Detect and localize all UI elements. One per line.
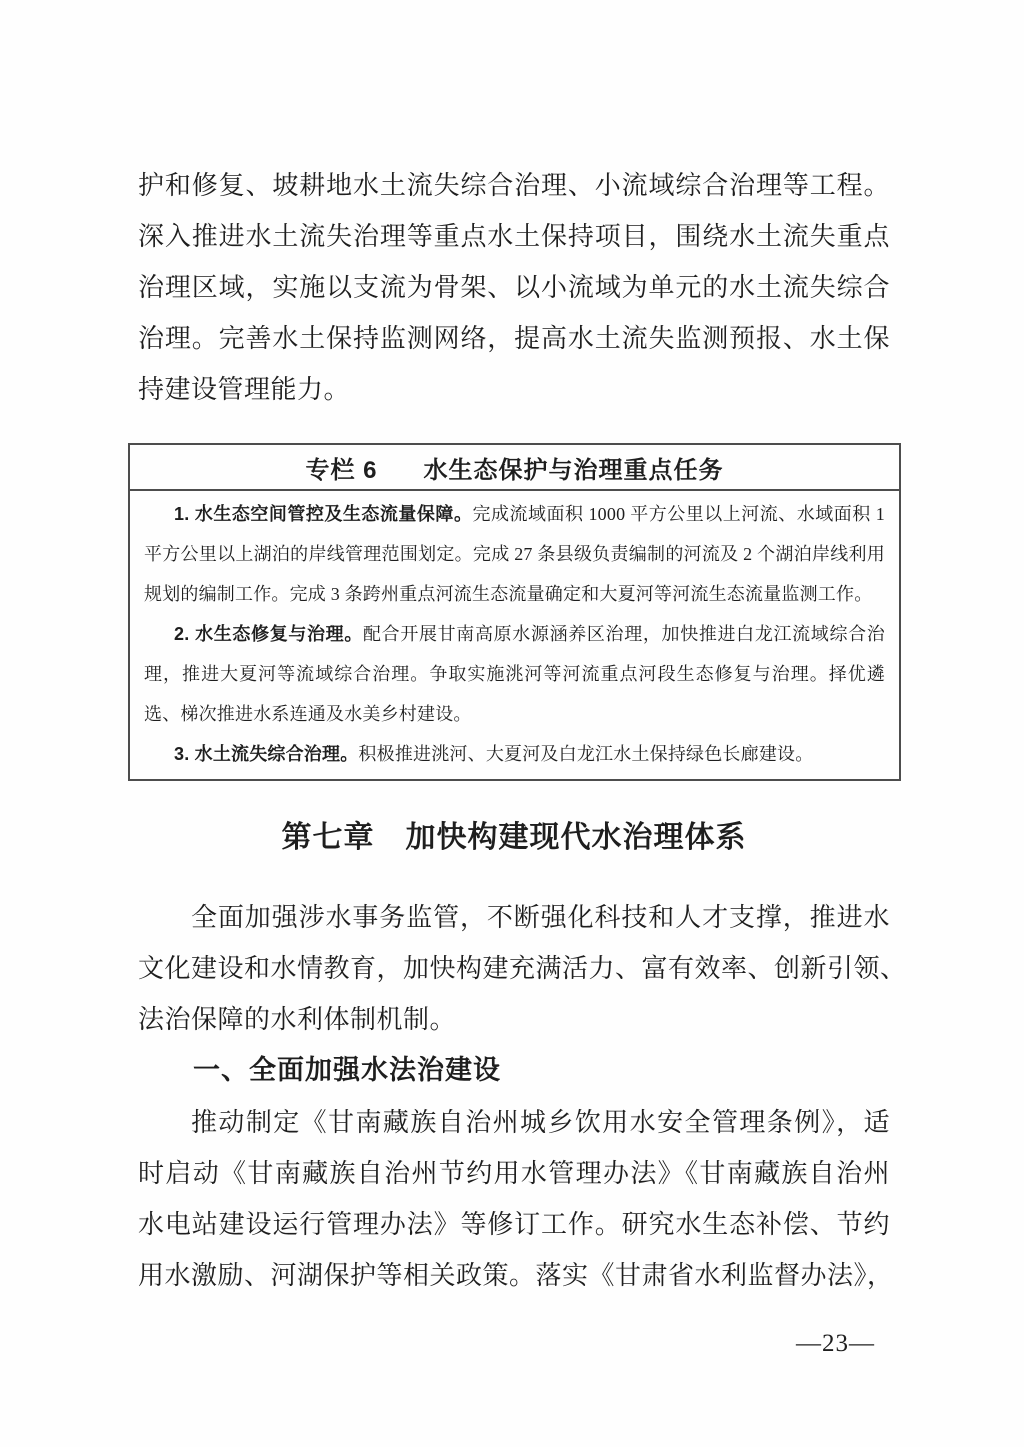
paragraph-line: 用水激励、河湖保护等相关政策。落实《甘肃省水利监督办法》，: [138, 1250, 890, 1301]
box-item-2: 2. 水生态修复与治理。配合开展甘南高原水源涵养区治理，加快推进白龙江流域综合治…: [144, 614, 885, 734]
box-item-3: 3. 水土流失综合治理。积极推进洮河、大夏河及白龙江水土保持绿色长廊建设。: [144, 734, 885, 774]
box-item-1: 1. 水生态空间管控及生态流量保障。完成流域面积 1000 平方公里以上河流、水…: [144, 494, 885, 614]
chapter-heading: 第七章 加快构建现代水治理体系: [138, 816, 890, 860]
box-item-3-heading: 3. 水土流失综合治理。: [174, 744, 358, 764]
intro-paragraph: 护和修复、坡耕地水土流失综合治理、小流域综合治理等工程。 深入推进水土流失治理等…: [138, 160, 890, 415]
feature-box-column-6: 专栏 6 水生态保护与治理重点任务 1. 水生态空间管控及生态流量保障。完成流域…: [128, 443, 901, 781]
page-number: —23—: [796, 1330, 875, 1358]
paragraph-line: 治理区域，实施以支流为骨架、以小流域为单元的水土流失综合: [138, 262, 890, 313]
section-paragraph: 推动制定《甘南藏族自治州城乡饮用水安全管理条例》，适 时启动《甘南藏族自治州节约…: [138, 1097, 890, 1301]
paragraph-line: 深入推进水土流失治理等重点水土保持项目，围绕水土流失重点: [138, 211, 890, 262]
chapter-intro-paragraph: 全面加强涉水事务监管，不断强化科技和人才支撑，推进水 文化建设和水情教育，加快构…: [138, 892, 890, 1045]
box-item-3-body: 积极推进洮河、大夏河及白龙江水土保持绿色长廊建设。: [358, 744, 813, 764]
paragraph-line: 全面加强涉水事务监管，不断强化科技和人才支撑，推进水: [138, 892, 890, 943]
box-item-1-heading: 1. 水生态空间管控及生态流量保障。: [174, 504, 472, 524]
paragraph-line: 持建设管理能力。: [138, 364, 890, 415]
document-page: 护和修复、坡耕地水土流失综合治理、小流域综合治理等工程。 深入推进水土流失治理等…: [0, 0, 1024, 1447]
feature-box-body: 1. 水生态空间管控及生态流量保障。完成流域面积 1000 平方公里以上河流、水…: [130, 491, 899, 779]
paragraph-line: 推动制定《甘南藏族自治州城乡饮用水安全管理条例》，适: [138, 1097, 890, 1148]
paragraph-line: 护和修复、坡耕地水土流失综合治理、小流域综合治理等工程。: [138, 160, 890, 211]
paragraph-line: 时启动《甘南藏族自治州节约用水管理办法》《甘南藏族自治州: [138, 1148, 890, 1199]
paragraph-line: 法治保障的水利体制机制。: [138, 994, 890, 1045]
section-heading: 一、全面加强水法治建设: [138, 1048, 890, 1092]
paragraph-line: 水电站建设运行管理办法》等修订工作。研究水生态补偿、节约: [138, 1199, 890, 1250]
box-item-2-heading: 2. 水生态修复与治理。: [174, 624, 363, 644]
paragraph-line: 文化建设和水情教育，加快构建充满活力、富有效率、创新引领、: [138, 943, 890, 994]
feature-box-label: 专栏 6: [305, 450, 377, 485]
feature-box-header: 专栏 6 水生态保护与治理重点任务: [130, 445, 899, 491]
paragraph-line: 治理。完善水土保持监测网络，提高水土流失监测预报、水土保: [138, 313, 890, 364]
feature-box-title: 水生态保护与治理重点任务: [424, 450, 724, 485]
